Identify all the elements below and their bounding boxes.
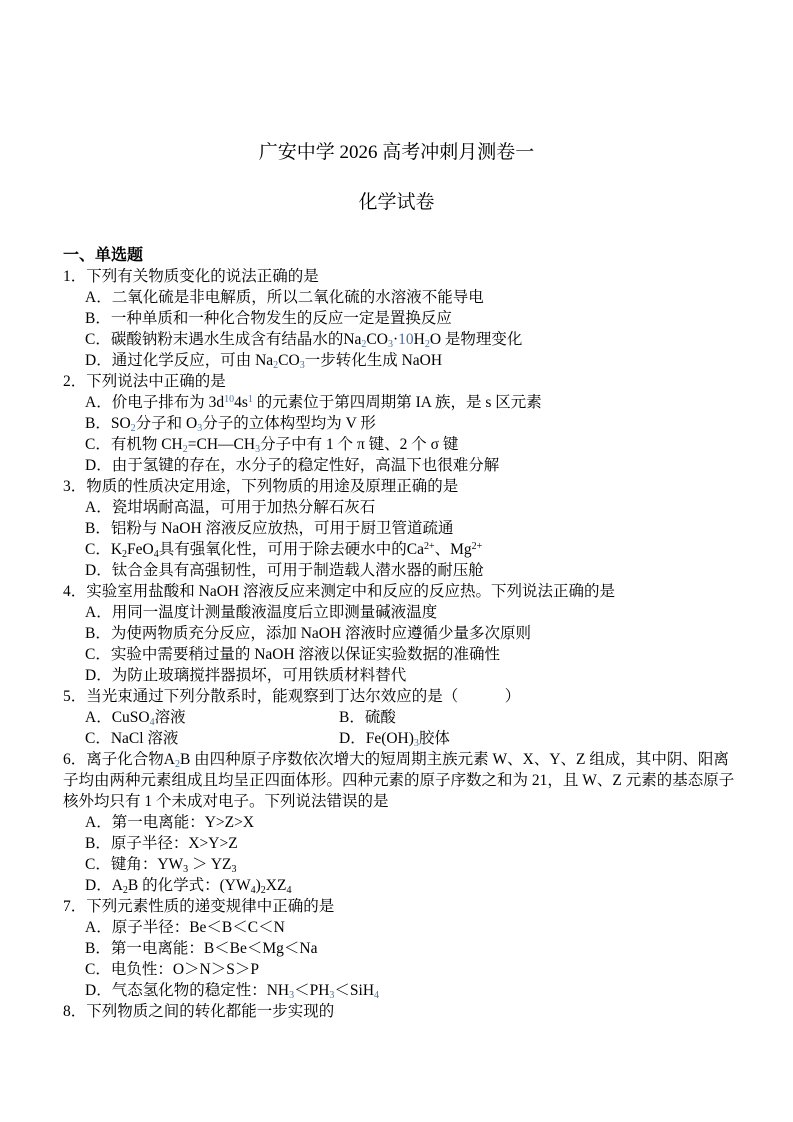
option-group: A．第一电离能：Y>Z>XB．原子半径：X>Y>ZC．键角：YW3 ＞ YZ3D… — [63, 812, 741, 896]
option: C．电负性：O＞N＞S＞P — [85, 959, 741, 980]
page-subtitle: 化学试卷 — [0, 191, 793, 215]
option: D．Fe(OH)3胶体 — [339, 728, 741, 749]
document-page: 广安中学 2026 高考冲刺月测卷一 化学试卷 一、单选题 1．下列有关物质变化… — [0, 0, 793, 1122]
question-3: 3．物质的性质决定用途，下列物质的用途及原理正确的是A．瓷坩埚耐高温，可用于加热… — [63, 476, 741, 581]
option: C．有机物 CH2=CH—CH3分子中有 1 个 π 键、2 个 σ 键 — [85, 434, 741, 455]
option: C．碳酸钠粉末遇水生成含有结晶水的Na2CO3·10H2O 是物理变化 — [85, 329, 741, 350]
question-stem: 2．下列说法中正确的是 — [63, 371, 741, 392]
option: C．NaCl 溶液 — [85, 728, 339, 749]
option: A．第一电离能：Y>Z>X — [85, 812, 741, 833]
question-4: 4．实验室用盐酸和 NaOH 溶液反应来测定中和反应的反应热。下列说法正确的是A… — [63, 581, 741, 686]
question-stem: 3．物质的性质决定用途，下列物质的用途及原理正确的是 — [63, 476, 741, 497]
option: A．瓷坩埚耐高温，可用于加热分解石灰石 — [85, 497, 741, 518]
question-stem: 1．下列有关物质变化的说法正确的是 — [63, 266, 741, 287]
section-heading: 一、单选题 — [63, 245, 741, 266]
question-stem: 5．当光束通过下列分散系时，能观察到丁达尔效应的是（ ） — [63, 686, 741, 707]
option: D．钛合金具有高强韧性，可用于制造载人潜水器的耐压舱 — [85, 560, 741, 581]
option: B．第一电离能：B＜Be＜Mg＜Na — [85, 938, 741, 959]
option: D．由于氢键的存在，水分子的稳定性好，高温下也很难分解 — [85, 455, 741, 476]
question-stem: 4．实验室用盐酸和 NaOH 溶液反应来测定中和反应的反应热。下列说法正确的是 — [63, 581, 741, 602]
option: B．硫酸 — [339, 707, 741, 728]
page-title: 广安中学 2026 高考冲刺月测卷一 — [0, 141, 793, 165]
option: C．K2FeO4具有强氧化性，可用于除去硬水中的Ca2+、Mg2+ — [85, 539, 741, 560]
option: D．气态氢化物的稳定性：NH3＜PH3＜SiH4 — [85, 980, 741, 1001]
exam-body: 一、单选题 1．下列有关物质变化的说法正确的是A．二氧化硫是非电解质，所以二氧化… — [63, 245, 741, 1022]
question-list: 1．下列有关物质变化的说法正确的是A．二氧化硫是非电解质，所以二氧化硫的水溶液不… — [63, 266, 741, 1022]
option: A．二氧化硫是非电解质，所以二氧化硫的水溶液不能导电 — [85, 287, 741, 308]
question-stem: 6．离子化合物A2B 由四种原子序数依次增大的短周期主族元素 W、X、Y、Z 组… — [63, 749, 741, 812]
option: C．实验中需要稍过量的 NaOH 溶液以保证实验数据的准确性 — [85, 644, 741, 665]
question-2: 2．下列说法中正确的是A．价电子排布为 3d104s1 的元素位于第四周期第 I… — [63, 371, 741, 476]
question-5: 5．当光束通过下列分散系时，能观察到丁达尔效应的是（ ）A．CuSO4溶液B．硫… — [63, 686, 741, 749]
question-stem: 7．下列元素性质的递变规律中正确的是 — [63, 896, 741, 917]
option-group: A．原子半径：Be＜B＜C＜NB．第一电离能：B＜Be＜Mg＜NaC．电负性：O… — [63, 917, 741, 1001]
option: B．SO2分子和 O3分子的立体构型均为 V 形 — [85, 413, 741, 434]
option: A．用同一温度计测量酸液温度后立即测量碱液温度 — [85, 602, 741, 623]
question-stem: 8．下列物质之间的转化都能一步实现的 — [63, 1001, 741, 1022]
question-6: 6．离子化合物A2B 由四种原子序数依次增大的短周期主族元素 W、X、Y、Z 组… — [63, 749, 741, 896]
option: B．原子半径：X>Y>Z — [85, 833, 741, 854]
option: B．一种单质和一种化合物发生的反应一定是置换反应 — [85, 308, 741, 329]
option-group: A．二氧化硫是非电解质，所以二氧化硫的水溶液不能导电B．一种单质和一种化合物发生… — [63, 287, 741, 371]
option-group: A．瓷坩埚耐高温，可用于加热分解石灰石B．铝粉与 NaOH 溶液反应放热，可用于… — [63, 497, 741, 581]
option-group: A．用同一温度计测量酸液温度后立即测量碱液温度B．为使两物质充分反应，添加 Na… — [63, 602, 741, 686]
option: D．A2B 的化学式：(YW4)2XZ4 — [85, 875, 741, 896]
option: A．价电子排布为 3d104s1 的元素位于第四周期第 IA 族，是 s 区元素 — [85, 392, 741, 413]
option: C．键角：YW3 ＞ YZ3 — [85, 854, 741, 875]
option: B．为使两物质充分反应，添加 NaOH 溶液时应遵循少量多次原则 — [85, 623, 741, 644]
option: A．CuSO4溶液 — [85, 707, 339, 728]
option: B．铝粉与 NaOH 溶液反应放热，可用于厨卫管道疏通 — [85, 518, 741, 539]
option: D．为防止玻璃搅拌器损坏，可用铁质材料替代 — [85, 665, 741, 686]
question-1: 1．下列有关物质变化的说法正确的是A．二氧化硫是非电解质，所以二氧化硫的水溶液不… — [63, 266, 741, 371]
option-group: A．价电子排布为 3d104s1 的元素位于第四周期第 IA 族，是 s 区元素… — [63, 392, 741, 476]
option: A．原子半径：Be＜B＜C＜N — [85, 917, 741, 938]
option-group: A．CuSO4溶液B．硫酸C．NaCl 溶液D．Fe(OH)3胶体 — [63, 707, 741, 749]
question-8: 8．下列物质之间的转化都能一步实现的 — [63, 1001, 741, 1022]
option: D．通过化学反应，可由 Na2CO3一步转化生成 NaOH — [85, 350, 741, 371]
question-7: 7．下列元素性质的递变规律中正确的是A．原子半径：Be＜B＜C＜NB．第一电离能… — [63, 896, 741, 1001]
